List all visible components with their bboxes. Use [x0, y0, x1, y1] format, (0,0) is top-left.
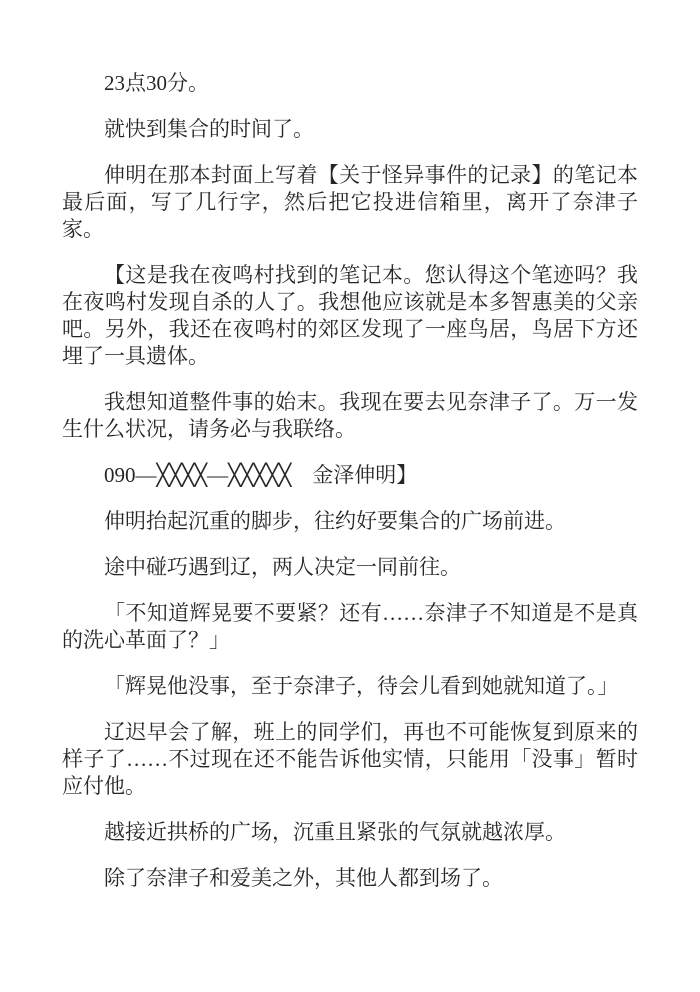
paragraph-time: 23点30分。	[62, 70, 638, 97]
paragraph-note-start: 【这是我在夜鸣村找到的笔记本。您认得这个笔迹吗？我在夜鸣村发现自杀的人了。我想他…	[62, 262, 638, 370]
paragraph: 伸明在那本封面上写着【关于怪异事件的记录】的笔记本最后面，写了几行字，然后把它投…	[62, 162, 638, 243]
paragraph: 辽迟早会了解，班上的同学们，再也不可能恢复到原来的样子了……不过现在还不能告诉他…	[62, 719, 638, 800]
paragraph: 伸明抬起沉重的脚步，往约好要集合的广场前进。	[62, 508, 638, 535]
paragraph: 就快到集合的时间了。	[62, 116, 638, 143]
ebook-page: 23点30分。 就快到集合的时间了。 伸明在那本封面上写着【关于怪异事件的记录】…	[0, 0, 700, 992]
paragraph-note: 我想知道整件事的始末。我现在要去见奈津子了。万一发生什么状况，请务必与我联络。	[62, 389, 638, 443]
paragraph: 除了奈津子和爱美之外，其他人都到场了。	[62, 865, 638, 892]
paragraph: 途中碰巧遇到辽，两人决定一同前往。	[62, 554, 638, 581]
paragraph-dialogue: 「不知道辉晃要不要紧？还有……奈津子不知道是不是真的洗心革面了？」	[62, 600, 638, 654]
paragraph-dialogue: 「辉晃他没事，至于奈津子，待会儿看到她就知道了。」	[62, 673, 638, 700]
paragraph: 越接近拱桥的广场，沉重且紧张的气氛就越浓厚。	[62, 819, 638, 846]
paragraph-phone-signature: 090—╳╳╳╳—╳╳╳╳╳ 金泽伸明】	[62, 462, 638, 489]
